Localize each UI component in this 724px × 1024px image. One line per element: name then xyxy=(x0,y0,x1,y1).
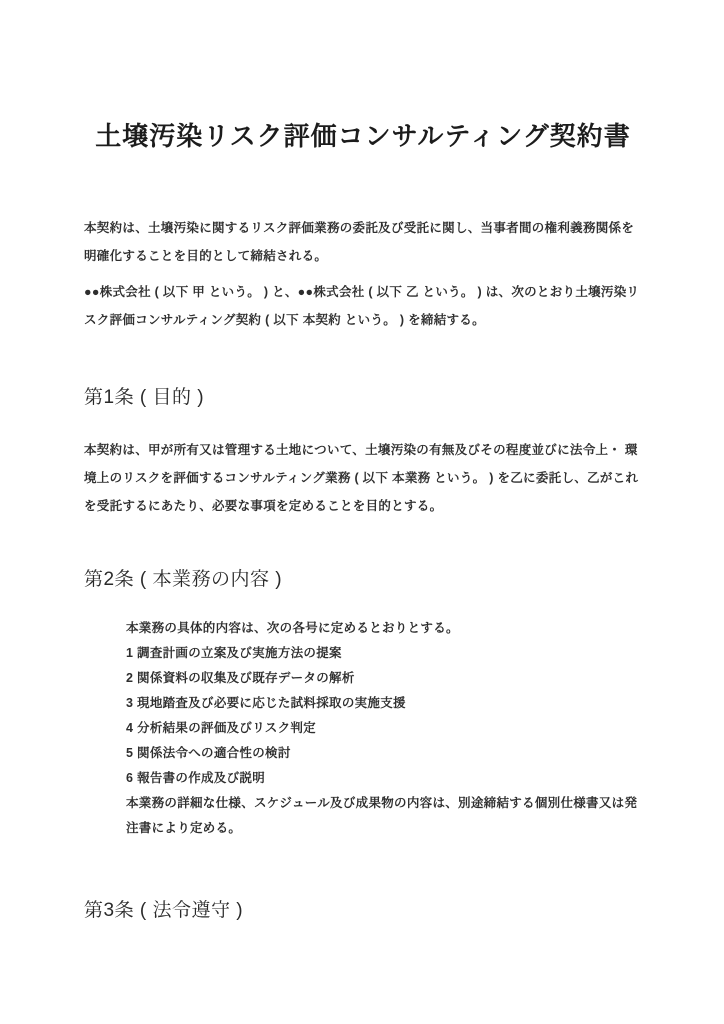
list-item: 4 分析結果の評価及びリスク判定 xyxy=(126,716,642,741)
list-item: 3 現地踏査及び必要に応じた試料採取の実施支援 xyxy=(126,691,642,716)
intro-paragraph-parties: ●●株式会社 ( 以下 甲 という。 ) と、●●株式会社 ( 以下 乙 という… xyxy=(84,278,642,334)
intro-paragraph-purpose: 本契約は、土壌汚染に関するリスク評価業務の委託及び受託に関し、当事者間の権利義務… xyxy=(84,214,642,270)
list-item: 1 調査計画の立案及び実施方法の提案 xyxy=(126,641,642,666)
article-2-list-intro: 本業務の具体的内容は、次の各号に定めるとおりとする。 xyxy=(126,616,642,641)
article-2-item-list: 本業務の具体的内容は、次の各号に定めるとおりとする。 1 調査計画の立案及び実施… xyxy=(126,616,642,841)
article-2-heading: 第2条 ( 本業務の内容 ) xyxy=(84,566,642,594)
contract-document-page: 土壌汚染リスク評価コンサルティング契約書 本契約は、土壌汚染に関するリスク評価業… xyxy=(0,0,724,1024)
article-2-list-outro: 本業務の詳細な仕様、スケジュール及び成果物の内容は、別途締結する個別仕様書又は発… xyxy=(126,791,642,841)
article-1-heading: 第1条 ( 目的 ) xyxy=(84,384,642,412)
list-item: 2 関係資料の収集及び既存データの解析 xyxy=(126,666,642,691)
article-1-body: 本契約は、甲が所有又は管理する土地について、土壌汚染の有無及びその程度並びに法令… xyxy=(84,436,642,520)
list-item: 6 報告書の作成及び説明 xyxy=(126,766,642,791)
document-title: 土壌汚染リスク評価コンサルティング契約書 xyxy=(84,116,642,156)
article-3-heading: 第3条 ( 法令遵守 ) xyxy=(84,897,642,925)
list-item: 5 関係法令への適合性の検討 xyxy=(126,741,642,766)
